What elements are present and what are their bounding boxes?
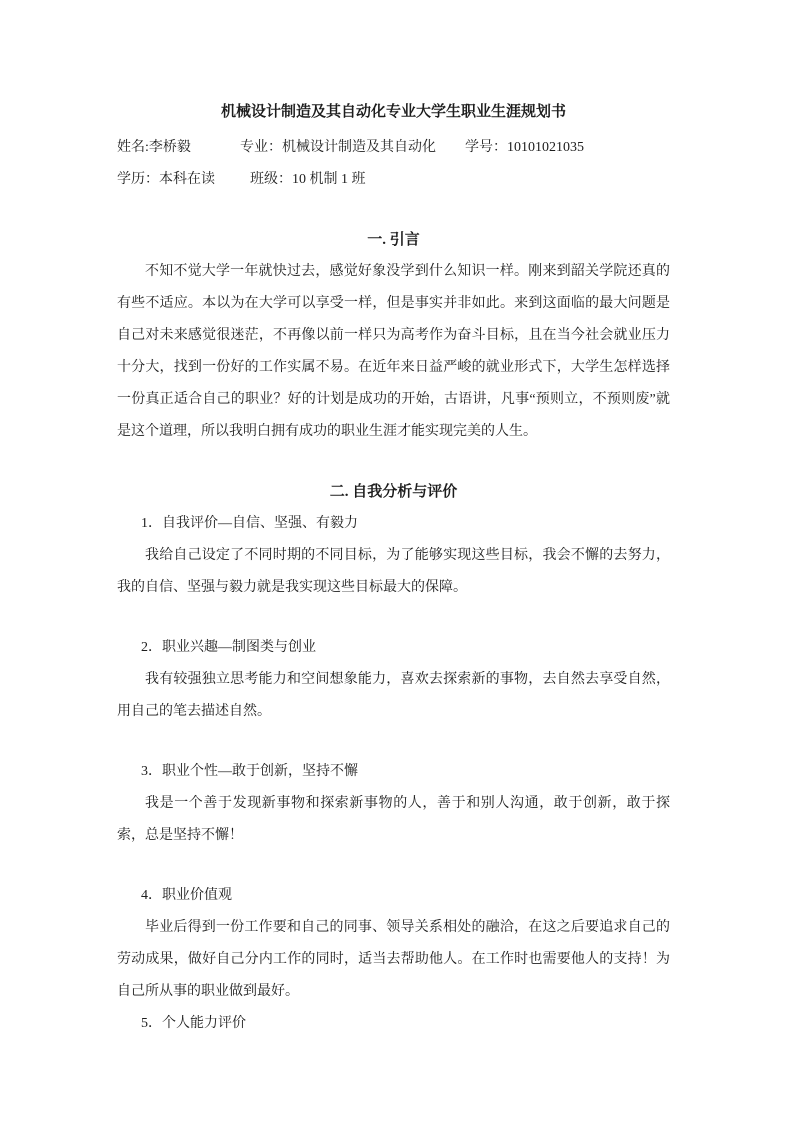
- item-body-career-values: 毕业后得到一份工作要和自己的同事、领导关系相处的融洽，在这之后要追求自己的劳动成…: [117, 912, 670, 1008]
- introduction-paragraph: 不知不觉大学一年就快过去，感觉好象没学到什么知识一样。刚来到韶关学院还真的有些不…: [117, 256, 670, 448]
- item-title-career-interest: 2．职业兴趣—制图类与创业: [117, 632, 670, 664]
- document-page: 机械设计制造及其自动化专业大学生职业生涯规划书 姓名:李桥毅 专业：机械设计制造…: [0, 0, 793, 1122]
- item-body-self-evaluation: 我给自己设定了不同时期的不同目标，为了能够实现这些目标，我会不懈的去努力，我的自…: [117, 540, 670, 604]
- item-body-career-personality: 我是一个善于发现新事物和探索新事物的人，善于和别人沟通，敢于创新，敢于探索，总是…: [117, 788, 670, 852]
- info-major: 专业：机械设计制造及其自动化: [240, 132, 465, 164]
- item-title-self-evaluation: 1．自我评价—自信、坚强、有毅力: [117, 508, 670, 540]
- info-education: 学历：本科在读: [117, 164, 250, 196]
- document-content: 机械设计制造及其自动化专业大学生职业生涯规划书 姓名:李桥毅 专业：机械设计制造…: [117, 96, 670, 1040]
- item-title-career-values: 4．职业价值观: [117, 880, 670, 912]
- item-title-career-personality: 3．职业个性—敢于创新，坚持不懈: [117, 756, 670, 788]
- info-row-1: 姓名:李桥毅 专业：机械设计制造及其自动化 学号：10101021035: [117, 132, 670, 164]
- section-heading-introduction: 一. 引言: [117, 224, 670, 256]
- document-title: 机械设计制造及其自动化专业大学生职业生涯规划书: [117, 96, 670, 128]
- item-body-career-interest: 我有较强独立思考能力和空间想象能力，喜欢去探索新的事物，去自然去享受自然，用自己…: [117, 664, 670, 728]
- item-title-personal-ability: 5．个人能力评价: [117, 1008, 670, 1040]
- info-row-2: 学历：本科在读 班级：10 机制 1 班: [117, 164, 670, 196]
- section-heading-self-analysis: 二. 自我分析与评价: [117, 476, 670, 508]
- info-student-id: 学号：10101021035: [465, 132, 670, 164]
- info-name: 姓名:李桥毅: [117, 132, 240, 164]
- info-class: 班级：10 机制 1 班: [250, 164, 670, 196]
